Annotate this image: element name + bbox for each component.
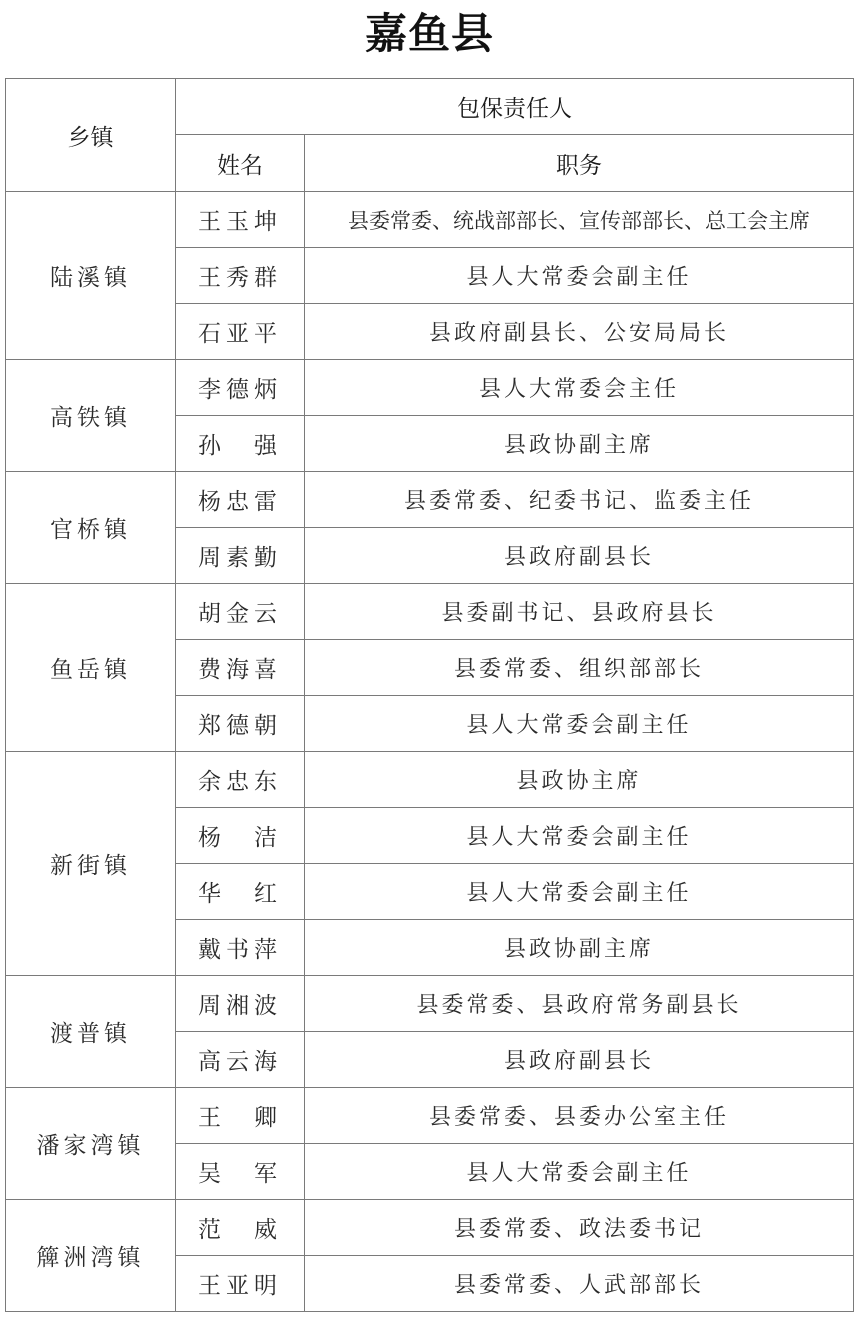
name-cell: 华 红 <box>176 864 305 920</box>
name-cell: 戴书萍 <box>176 920 305 976</box>
table-row: 新街镇 余忠东 县政协主席 <box>6 752 854 808</box>
town-cell: 官桥镇 <box>6 472 176 584</box>
town-cell: 新街镇 <box>6 752 176 976</box>
name-cell: 高云海 <box>176 1032 305 1088</box>
name-cell: 杨 洁 <box>176 808 305 864</box>
town-cell: 鱼岳镇 <box>6 584 176 752</box>
duty-cell: 县委常委、纪委书记、监委主任 <box>305 472 854 528</box>
table-row: 鱼岳镇 胡金云 县委副书记、县政府县长 <box>6 584 854 640</box>
person-name: 郑德朝 <box>198 713 282 739</box>
person-name: 戴书萍 <box>198 937 282 963</box>
responsibility-table: 乡镇 包保责任人 姓名 职务 陆溪镇 王玉坤 县委常委、统战部部长、宣传部部长、… <box>5 78 854 1312</box>
name-cell: 范 威 <box>176 1200 305 1256</box>
table-row: 渡普镇 周湘波 县委常委、县政府常务副县长 <box>6 976 854 1032</box>
header-town: 乡镇 <box>6 79 176 192</box>
name-cell: 孙 强 <box>176 416 305 472</box>
name-cell: 石亚平 <box>176 304 305 360</box>
name-cell: 胡金云 <box>176 584 305 640</box>
duty-cell: 县政府副县长 <box>305 528 854 584</box>
person-name: 吴 军 <box>198 1161 282 1187</box>
duty-cell: 县人大常委会副主任 <box>305 696 854 752</box>
name-cell: 周素勤 <box>176 528 305 584</box>
name-cell: 周湘波 <box>176 976 305 1032</box>
person-name: 王秀群 <box>198 265 282 291</box>
table-row: 高铁镇 李德炳 县人大常委会主任 <box>6 360 854 416</box>
town-cell: 陆溪镇 <box>6 192 176 360</box>
duty-cell: 县人大常委会副主任 <box>305 248 854 304</box>
person-name: 石亚平 <box>198 321 282 347</box>
town-cell: 高铁镇 <box>6 360 176 472</box>
duty-cell: 县委常委、人武部部长 <box>305 1256 854 1312</box>
table-row: 簰洲湾镇 范 威 县委常委、政法委书记 <box>6 1200 854 1256</box>
person-name: 周素勤 <box>198 545 282 571</box>
person-name: 范 威 <box>198 1217 282 1243</box>
header-row-1: 乡镇 包保责任人 <box>6 79 854 135</box>
name-cell: 王亚明 <box>176 1256 305 1312</box>
name-cell: 郑德朝 <box>176 696 305 752</box>
person-name: 杨忠雷 <box>198 489 282 515</box>
person-name: 高云海 <box>198 1049 282 1075</box>
name-cell: 余忠东 <box>176 752 305 808</box>
person-name: 王玉坤 <box>198 209 282 235</box>
header-responsible-person: 包保责任人 <box>176 79 854 135</box>
duty-cell: 县委常委、县政府常务副县长 <box>305 976 854 1032</box>
duty-cell: 县政协副主席 <box>305 416 854 472</box>
name-cell: 费海喜 <box>176 640 305 696</box>
duty-cell: 县人大常委会副主任 <box>305 864 854 920</box>
duty-cell: 县人大常委会副主任 <box>305 808 854 864</box>
name-cell: 王 卿 <box>176 1088 305 1144</box>
name-cell: 王秀群 <box>176 248 305 304</box>
name-cell: 李德炳 <box>176 360 305 416</box>
table-row: 陆溪镇 王玉坤 县委常委、统战部部长、宣传部部长、总工会主席 <box>6 192 854 248</box>
duty-cell: 县政府副县长、公安局局长 <box>305 304 854 360</box>
person-name: 余忠东 <box>198 769 282 795</box>
document-title: 嘉鱼县 <box>0 4 859 64</box>
duty-cell: 县委常委、统战部部长、宣传部部长、总工会主席 <box>305 192 854 248</box>
person-name: 王亚明 <box>198 1273 282 1299</box>
person-name: 杨 洁 <box>198 825 282 851</box>
table-row: 官桥镇 杨忠雷 县委常委、纪委书记、监委主任 <box>6 472 854 528</box>
header-duty: 职务 <box>305 135 854 192</box>
duty-cell: 县人大常委会副主任 <box>305 1144 854 1200</box>
name-cell: 杨忠雷 <box>176 472 305 528</box>
person-name: 孙 强 <box>198 433 282 459</box>
town-cell: 渡普镇 <box>6 976 176 1088</box>
town-cell: 簰洲湾镇 <box>6 1200 176 1312</box>
duty-cell: 县委常委、县委办公室主任 <box>305 1088 854 1144</box>
person-name: 胡金云 <box>198 601 282 627</box>
table-row: 潘家湾镇 王 卿 县委常委、县委办公室主任 <box>6 1088 854 1144</box>
person-name: 周湘波 <box>198 993 282 1019</box>
duty-cell: 县政府副县长 <box>305 1032 854 1088</box>
header-name: 姓名 <box>176 135 305 192</box>
name-cell: 吴 军 <box>176 1144 305 1200</box>
name-cell: 王玉坤 <box>176 192 305 248</box>
town-cell: 潘家湾镇 <box>6 1088 176 1200</box>
person-name: 费海喜 <box>198 657 282 683</box>
duty-cell: 县委常委、政法委书记 <box>305 1200 854 1256</box>
person-name: 李德炳 <box>198 377 282 403</box>
duty-cell: 县委常委、组织部部长 <box>305 640 854 696</box>
person-name: 华 红 <box>198 881 282 907</box>
duty-cell: 县委副书记、县政府县长 <box>305 584 854 640</box>
duty-cell: 县政协主席 <box>305 752 854 808</box>
duty-cell: 县人大常委会主任 <box>305 360 854 416</box>
duty-cell: 县政协副主席 <box>305 920 854 976</box>
person-name: 王 卿 <box>198 1105 282 1131</box>
